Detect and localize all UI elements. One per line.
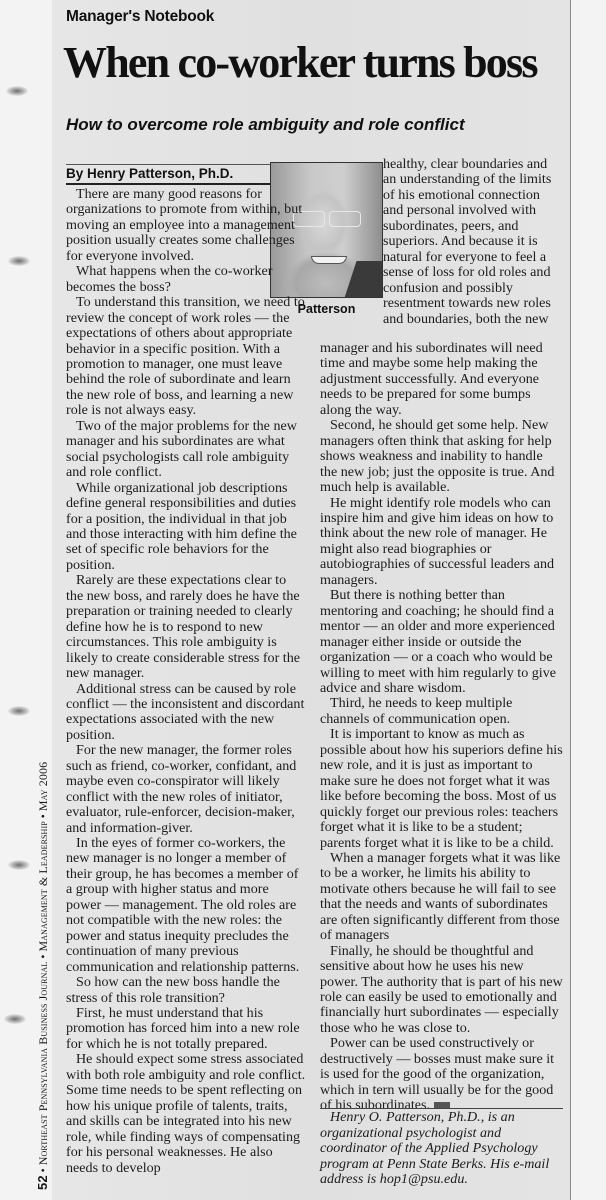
paragraph: While organizational job descriptions de… (66, 481, 306, 574)
paragraph: Third, he needs to keep multiple channel… (320, 696, 563, 727)
paragraph: Two of the major problems for the new ma… (66, 419, 306, 481)
paragraph-continued: manager and his subordinates will need t… (320, 341, 563, 418)
author-bio: Henry O. Patterson, Ph.D., is an organiz… (320, 1110, 563, 1188)
page-footer: 52 • Northeast Pennsylvania Business Jou… (35, 762, 51, 1190)
margin-punch-mark (4, 1014, 26, 1024)
author-bio-text: Henry O. Patterson, Ph.D., is an organiz… (320, 1110, 563, 1188)
section-label: Manager's Notebook (66, 8, 214, 26)
paragraph: Second, he should get some help. New man… (320, 418, 563, 495)
paragraph: He should expect some stress associated … (66, 1052, 306, 1176)
paragraph: Additional stress can be caused by role … (66, 682, 306, 744)
paragraph: It is important to know as much as possi… (320, 727, 563, 851)
paragraph: What happens when the co-worker becomes … (66, 264, 306, 295)
footer-separator: • (38, 814, 50, 818)
footer-separator: • (38, 955, 50, 959)
glasses-shape (329, 211, 361, 227)
paragraph: There are many good reasons for organiza… (66, 187, 306, 264)
margin-punch-mark (8, 706, 30, 716)
article-column-1: There are many good reasons for organiza… (66, 187, 306, 1176)
footer-separator: • (38, 1168, 50, 1172)
smile-shape (311, 256, 347, 264)
jacket-shape (344, 261, 383, 298)
byline: By Henry Patterson, Ph.D. (66, 165, 304, 185)
paragraph-continued: healthy, clear boundaries and an underst… (383, 157, 563, 327)
paragraph-final: Power can be used constructively or dest… (320, 1036, 563, 1113)
paragraph: In the eyes of former co-workers, the ne… (66, 836, 306, 975)
paragraph: To understand this transition, we need t… (66, 295, 306, 419)
headline: When co-worker turns boss (63, 38, 563, 88)
paragraph: For the new manager, the former roles su… (66, 743, 306, 836)
paragraph: He might identify role models who can in… (320, 496, 563, 589)
paragraph: Rarely are these expectations clear to t… (66, 573, 306, 681)
issue-date: May 2006 (36, 762, 50, 811)
article-column-2: manager and his subordinates will need t… (320, 341, 563, 1114)
page-number: 52 (35, 1175, 50, 1190)
margin-punch-mark (8, 256, 30, 266)
paragraph: But there is nothing better than mentori… (320, 588, 563, 696)
margin-punch-mark (6, 86, 28, 96)
publication-name: Northeast Pennsylvania Business Journal (36, 962, 50, 1166)
section-name: Management & Leadership (36, 821, 50, 951)
subheadline: How to overcome role ambiguity and role … (66, 115, 465, 135)
paragraph: First, he must understand that his promo… (66, 1006, 306, 1052)
paragraph: Finally, he should be thoughtful and sen… (320, 944, 563, 1037)
article-column-2-wrap: healthy, clear boundaries and an underst… (383, 157, 563, 327)
margin-punch-mark (8, 860, 30, 870)
paragraph: So how can the new boss handle the stres… (66, 975, 306, 1006)
paragraph: When a manager forgets what it was like … (320, 851, 563, 944)
